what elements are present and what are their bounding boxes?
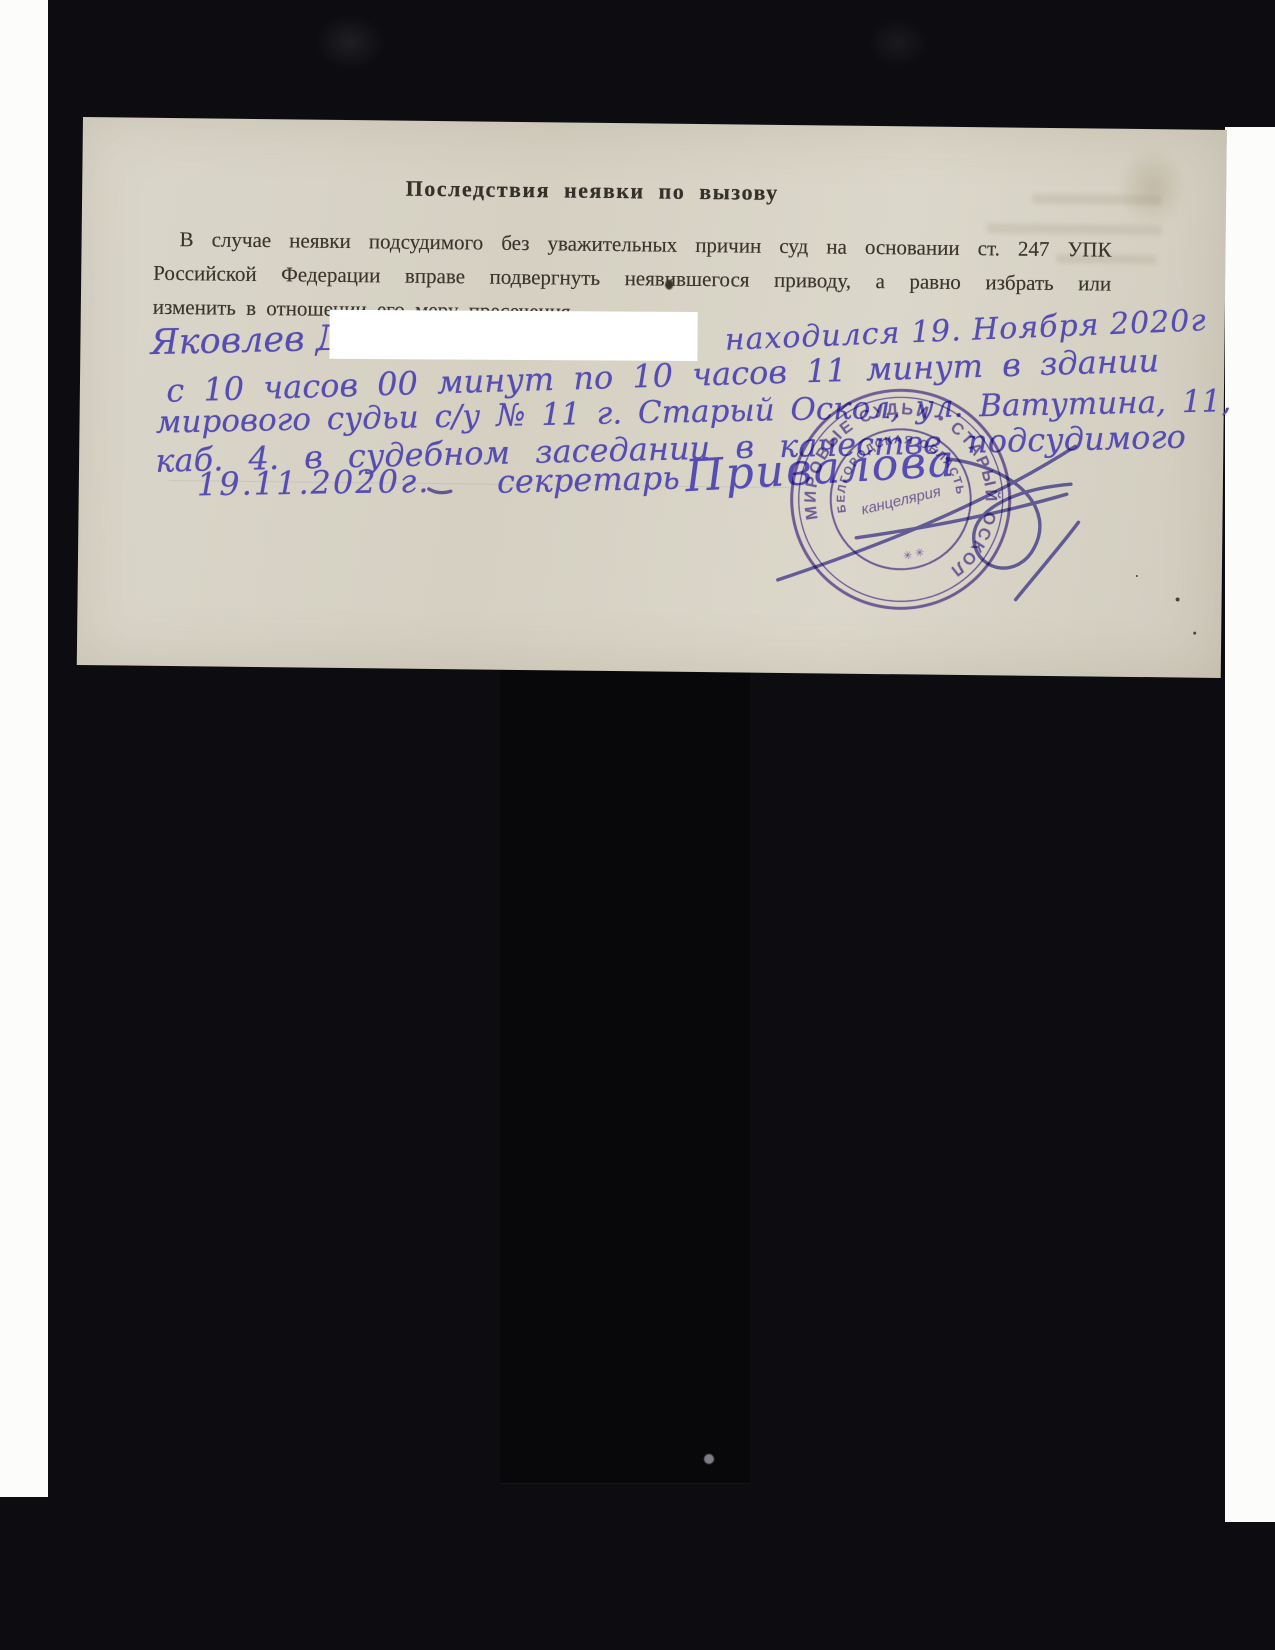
dust-dot bbox=[704, 1454, 714, 1464]
scanned-page: Последствия неявки по вызову В случае не… bbox=[0, 0, 1275, 1650]
signature-flourish bbox=[77, 117, 1227, 678]
left-margin-strip bbox=[0, 0, 48, 1497]
sheet-shadow-band bbox=[500, 660, 751, 1484]
scan-smudge bbox=[868, 18, 928, 68]
scan-smudge bbox=[315, 15, 385, 70]
paper-sheet: Последствия неявки по вызову В случае не… bbox=[77, 117, 1227, 678]
right-margin-strip bbox=[1225, 127, 1275, 1522]
